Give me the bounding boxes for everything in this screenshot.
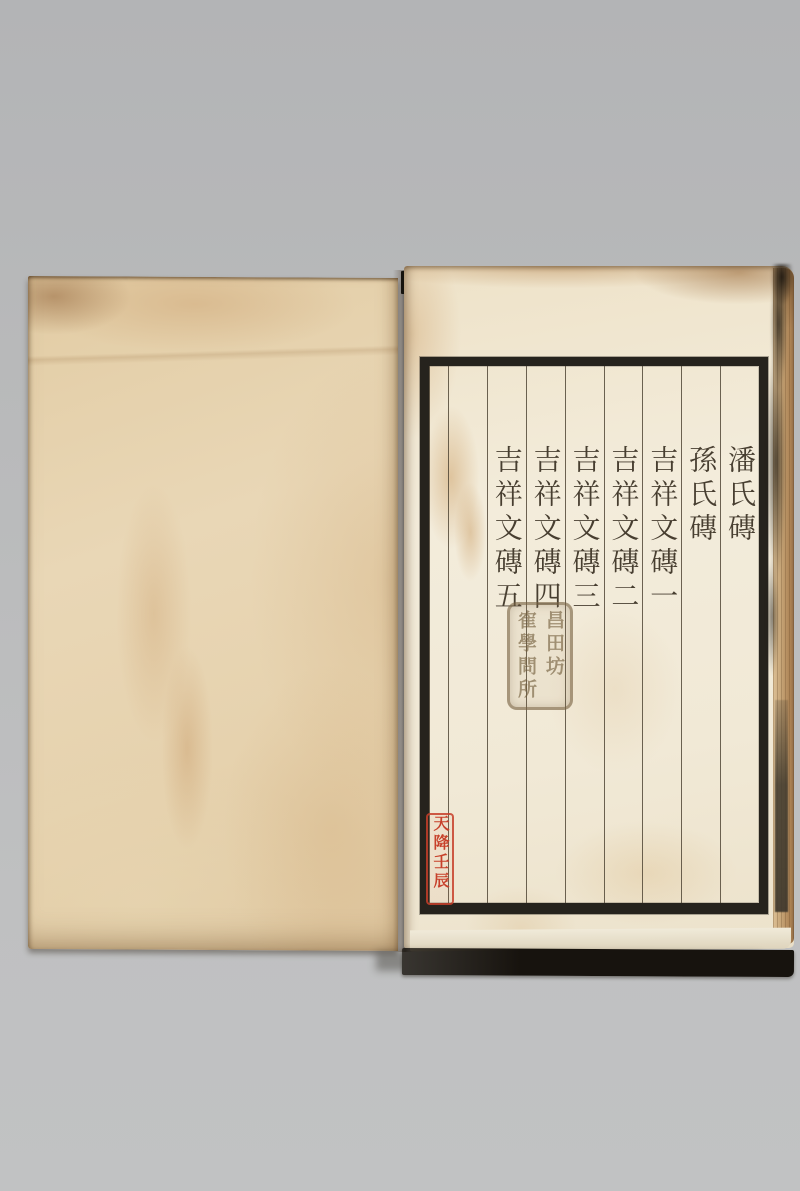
fore-edge-ink-strip — [775, 700, 788, 912]
book-cast-shadow — [402, 948, 794, 977]
toc-column-sun-shi-zhuan: 孫氏磚 — [681, 366, 720, 903]
collector-seal-right-column: 昌田坊 — [542, 610, 566, 702]
red-date-seal: 天降壬辰 — [426, 813, 454, 905]
photo-of-open-book: 潘氏磚 孫氏磚 吉祥文磚一 吉祥文磚二 吉祥文磚三 吉祥文磚四 吉祥文磚五 昌田… — [0, 0, 800, 1191]
toc-column-jixiang-2: 吉祥文磚二 — [604, 366, 643, 903]
toc-column-jixiang-1: 吉祥文磚一 — [642, 366, 681, 903]
printed-text-frame: 潘氏磚 孫氏磚 吉祥文磚一 吉祥文磚二 吉祥文磚三 吉祥文磚四 吉祥文磚五 — [420, 357, 768, 914]
left-blank-page — [28, 276, 398, 951]
fore-edge-ink-smudge — [754, 264, 794, 694]
red-date-seal-text: 天降壬辰 — [428, 815, 452, 903]
collector-seal-left-column: 隺學問所 — [514, 610, 538, 702]
collector-seal-faded: 昌田坊 隺學問所 — [507, 602, 573, 710]
